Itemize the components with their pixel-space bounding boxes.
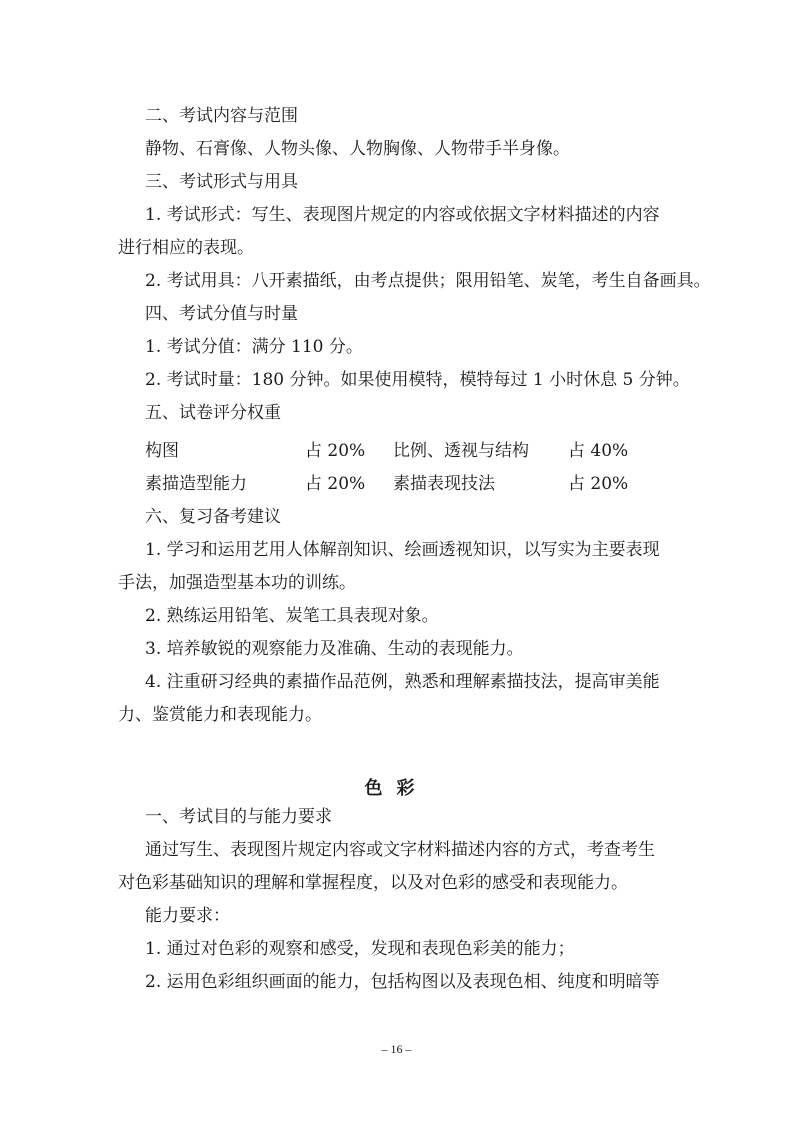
section-title: 色彩 [0, 774, 793, 800]
paragraph: 2. 考试时量：180 分钟。如果使用模特，模特每过 1 小时休息 5 分钟。 [145, 368, 690, 392]
paragraph: 1. 学习和运用艺用人体解剖知识、绘画透视知识，以写实为主要表现 [145, 538, 660, 562]
paragraph: 手法，加强造型基本功的训练。 [118, 571, 356, 595]
weight-pct: 占 20% [305, 472, 365, 496]
weight-item: 比例、透视与结构 [393, 439, 529, 463]
paragraph: 通过写生、表现图片规定内容或文字材料描述内容的方式，考查考生 [145, 838, 655, 862]
section-heading: 六、复习备考建议 [145, 505, 281, 529]
paragraph: 2. 熟练运用铅笔、炭笔工具表现对象。 [145, 604, 439, 628]
section-heading: 三、考试形式与用具 [145, 170, 298, 194]
paragraph: 能力要求： [145, 904, 230, 928]
paragraph: 力、鉴赏能力和表现能力。 [118, 703, 322, 727]
section-heading: 五、试卷评分权重 [145, 401, 281, 425]
paragraph: 进行相应的表现。 [118, 236, 254, 260]
section-heading: 四、考试分值与时量 [145, 302, 298, 326]
document-page: 二、考试内容与范围 静物、石膏像、人物头像、人物胸像、人物带手半身像。 三、考试… [0, 0, 793, 1122]
weight-pct: 占 40% [568, 439, 628, 463]
page-number: – 16 – [0, 1042, 793, 1057]
paragraph: 3. 培养敏锐的观察能力及准确、生动的表现能力。 [145, 637, 524, 661]
paragraph: 4. 注重研习经典的素描作品范例，熟悉和理解素描技法，提高审美能 [145, 670, 660, 694]
section-heading: 一、考试目的与能力要求 [145, 805, 332, 829]
weight-item: 素描造型能力 [145, 472, 247, 496]
section-heading: 二、考试内容与范围 [145, 104, 298, 128]
paragraph: 1. 考试形式：写生、表现图片规定的内容或依据文字材料描述的内容 [145, 203, 660, 227]
weight-pct: 占 20% [305, 439, 365, 463]
weight-item: 构图 [145, 439, 179, 463]
paragraph: 1. 通过对色彩的观察和感受，发现和表现色彩美的能力； [145, 937, 575, 961]
weight-pct: 占 20% [568, 472, 628, 496]
paragraph: 2. 运用色彩组织画面的能力，包括构图以及表现色相、纯度和明暗等 [145, 970, 660, 994]
paragraph: 2. 考试用具：八开素描纸，由考点提供；限用铅笔、炭笔，考生自备画具。 [145, 269, 711, 293]
weight-item: 素描表现技法 [393, 472, 495, 496]
paragraph: 对色彩基础知识的理解和掌握程度，以及对色彩的感受和表现能力。 [118, 871, 628, 895]
paragraph: 静物、石膏像、人物头像、人物胸像、人物带手半身像。 [145, 137, 570, 161]
paragraph: 1. 考试分值：满分 110 分。 [145, 335, 363, 359]
